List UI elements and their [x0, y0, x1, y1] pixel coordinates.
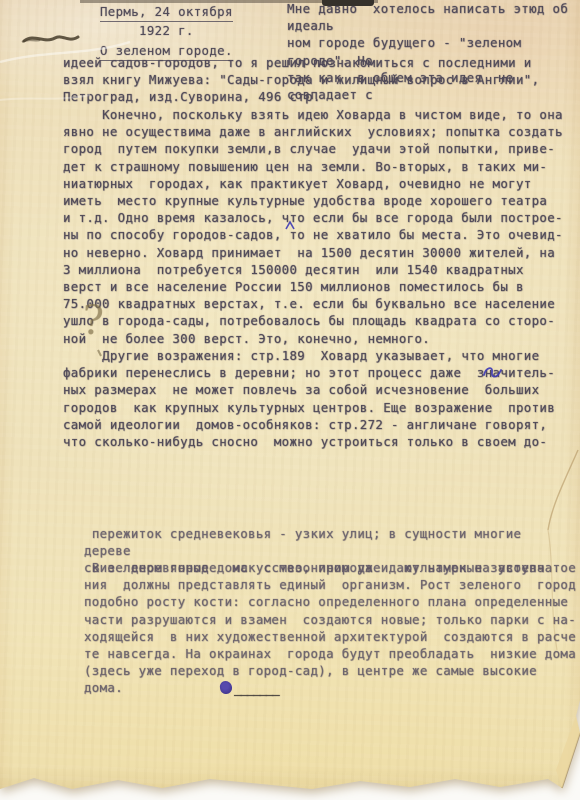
dateline: Пермь, 24 октября — [100, 4, 233, 22]
scanned-typescript-page: { "colors": { "paper": "#efe2ba", "typew… — [0, 0, 580, 800]
opening-paragraph-full-width: идеей садов-городов, то я решил познаком… — [63, 54, 539, 106]
document-header: Пермь, 24 октября 1922 г. О зеленом горо… — [100, 4, 233, 61]
end-divider: ——————— — [234, 688, 278, 703]
dateline-year: 1922 г. — [100, 23, 233, 39]
paragraph-other-objections: Другие возражения: стр.189 Ховард указыв… — [63, 347, 555, 450]
pencil-question-mark: ? — [80, 297, 105, 344]
paragraph-hovard-critique: Конечно, поскольку взять идею Ховарда в … — [63, 106, 563, 347]
paragraph-green-city: В зеленом городе искусство, природа и ку… — [84, 559, 580, 697]
